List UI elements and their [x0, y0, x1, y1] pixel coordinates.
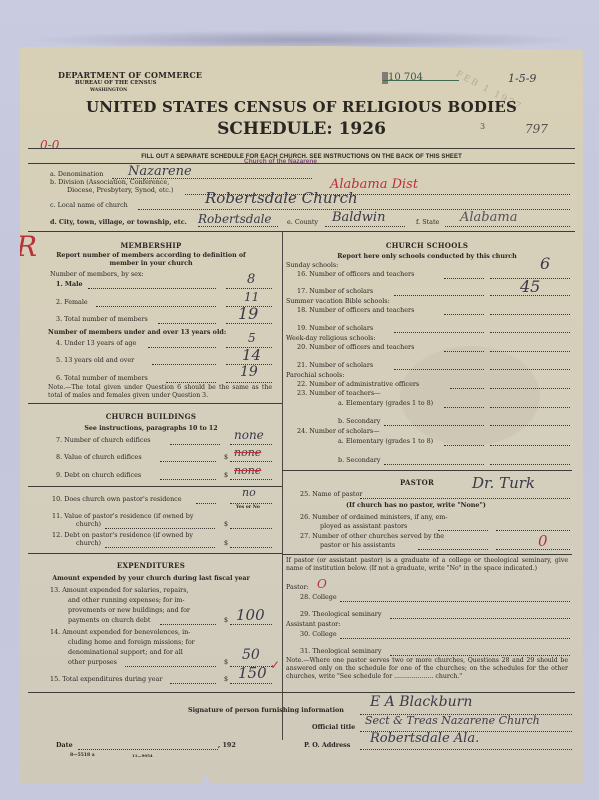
- expenditures-heading: EXPENDITURES: [20, 561, 282, 570]
- q25-note: (If church has no pastor, write "None"): [346, 501, 486, 509]
- q2-value[interactable]: 11: [244, 290, 259, 304]
- department-name: DEPARTMENT OF COMMERCE: [58, 70, 202, 80]
- q6-value[interactable]: 19: [240, 364, 258, 380]
- divider: [28, 553, 282, 554]
- pastor-label: Pastor:: [286, 583, 309, 591]
- age-label: Number of members under and over 13 year…: [48, 328, 226, 336]
- q23a-label: a. Elementary (grades 1 to 8): [338, 399, 433, 407]
- membership-sub-2: member in your church: [20, 260, 282, 267]
- check-mark-icon: ✓: [270, 658, 280, 672]
- q5-label: 5. 13 years old and over: [56, 356, 134, 364]
- q5-value[interactable]: 14: [242, 346, 261, 364]
- county-value[interactable]: Baldwin: [332, 210, 385, 225]
- date-label: Date: [56, 741, 73, 749]
- q12-label-2: church): [76, 539, 101, 547]
- q14-dollar: $: [224, 658, 228, 666]
- q12-label: 12. Debt on pastor's residence (if owned…: [52, 531, 193, 539]
- divider: [28, 231, 575, 232]
- q8-dollar: $: [224, 453, 228, 461]
- q13-label-3: provements or new buildings; and for: [68, 606, 190, 614]
- q13-label: 13. Amount expended for salaries, repair…: [50, 586, 189, 594]
- pastor-circle-mark: O: [317, 577, 327, 591]
- handwritten-date: 1-5-9: [508, 72, 536, 85]
- q16-label: 16. Number of officers and teachers: [297, 270, 414, 278]
- state-value[interactable]: Alabama: [460, 210, 517, 225]
- denomination-value[interactable]: Nazarene: [128, 164, 192, 179]
- county-label: e. County: [287, 218, 318, 226]
- q3-label: 3. Total number of members: [56, 315, 148, 323]
- membership-note: Note.—The total given under Question 6 s…: [48, 384, 272, 400]
- q11-label: 11. Value of pastor's residence (if owne…: [52, 512, 193, 520]
- official-title-value[interactable]: Sect & Treas Nazarene Church: [365, 714, 540, 727]
- q28-label: 28. College: [300, 593, 337, 601]
- q16-value[interactable]: 6: [540, 254, 550, 273]
- q4-value[interactable]: 5: [248, 331, 256, 345]
- local-name-label: c. Local name of church: [50, 201, 128, 209]
- sunday-label: Sunday schools:: [286, 261, 338, 269]
- stamp-number: 10 704: [388, 72, 423, 83]
- local-name-value[interactable]: Robertsdale Church: [205, 189, 358, 207]
- q13-value[interactable]: 100: [236, 606, 265, 624]
- expenditures-sub: Amount expended by your church during la…: [20, 575, 282, 582]
- q27-label: 27. Number of other churches served by t…: [300, 532, 444, 540]
- q21-label: 21. Number of scholars: [297, 361, 373, 369]
- column-divider: [282, 232, 283, 740]
- weekday-label: Week-day religious schools:: [286, 334, 376, 342]
- handwritten-number-3: 3: [480, 122, 485, 131]
- q8-value[interactable]: none: [234, 446, 261, 459]
- membership-heading: MEMBERSHIP: [20, 241, 282, 250]
- divider: [28, 403, 282, 404]
- handwritten-number-797: 797: [525, 122, 548, 136]
- q14-value[interactable]: 50: [242, 647, 260, 663]
- division-label: b. Division (Association, Conference,: [50, 178, 169, 186]
- q9-dollar: $: [224, 471, 228, 479]
- q13-label-2: and other running expenses; for im-: [68, 596, 185, 604]
- po-address-label: P. O. Address: [304, 741, 350, 749]
- bureau-city: WASHINGTON: [90, 88, 127, 93]
- graduate-note: If pastor (or assistant pastor) is a gra…: [286, 557, 568, 573]
- membership-sub: Report number of members according to de…: [20, 252, 282, 259]
- official-title-label: Official title: [312, 723, 355, 731]
- buildings-heading: CHURCH BUILDINGS: [20, 412, 282, 421]
- q24-label: 24. Number of scholars—: [297, 427, 380, 435]
- divider: [282, 554, 572, 555]
- q25-label: 25. Name of pastor: [300, 490, 362, 498]
- signature-value[interactable]: E A Blackburn: [370, 694, 472, 710]
- q13-dollar: $: [224, 616, 228, 624]
- date-year: , 192: [218, 741, 236, 749]
- q31-label: 31. Theological seminary: [300, 647, 381, 655]
- q8-label: 8. Value of church edifices: [56, 453, 142, 461]
- q17-value[interactable]: 45: [520, 277, 540, 296]
- q10-label: 10. Does church own pastor's residence: [52, 495, 182, 503]
- q10-value[interactable]: no: [242, 486, 256, 499]
- schools-heading: CHURCH SCHOOLS: [282, 241, 572, 250]
- paper-stain: [400, 346, 540, 446]
- q14-label-4: other purposes: [68, 658, 117, 666]
- q12-dollar: $: [224, 539, 228, 547]
- by-sex-label: Number of members, by sex:: [50, 270, 144, 278]
- divider: [282, 470, 572, 471]
- q20-label: 20. Number of officers and teachers: [297, 343, 414, 351]
- q1-label: 1. Male: [56, 280, 83, 288]
- pastor-note: Note.—Where one pastor serves two or mor…: [286, 657, 568, 681]
- print-number: 11—9054: [132, 753, 153, 758]
- form-number: 8—5518 a: [70, 753, 95, 758]
- census-schedule-document: DEPARTMENT OF COMMERCE BUREAU OF THE CEN…: [20, 46, 583, 784]
- q11-label-2: church): [76, 520, 101, 528]
- q23-label: 23. Number of teachers—: [297, 389, 381, 397]
- red-code: 0-0: [40, 138, 59, 152]
- q3-value[interactable]: 19: [238, 304, 258, 323]
- city-value[interactable]: Robertsdale: [198, 212, 272, 226]
- q25-value[interactable]: Dr. Turk: [472, 474, 535, 492]
- q6-label: 6. Total number of members: [56, 374, 148, 382]
- signature-label: Signature of person furnishing informati…: [188, 706, 344, 714]
- summer-label: Summer vacation Bible schools:: [286, 297, 390, 305]
- q26-label-2: ployed as assistant pastors: [320, 522, 407, 530]
- q26-label: 26. Number of ordained ministers, if any…: [300, 513, 448, 521]
- q15-dollar: $: [224, 675, 228, 683]
- q23b-label: b. Secondary: [338, 417, 380, 425]
- schools-sub: Report here only schools conducted by th…: [282, 253, 572, 260]
- strikethrough-line: [383, 80, 459, 81]
- q1-value[interactable]: 8: [247, 272, 255, 287]
- q24b-label: b. Secondary: [338, 456, 380, 464]
- q17-label: 17. Number of scholars: [297, 287, 373, 295]
- denomination-stamp: Church of the Nazarene: [244, 158, 317, 165]
- q4-label: 4. Under 13 years of age: [56, 339, 136, 347]
- q27-value[interactable]: 0: [538, 532, 548, 550]
- q15-value[interactable]: 150: [238, 664, 267, 682]
- q22-label: 22. Number of administrative officers: [297, 380, 419, 388]
- q24a-label: a. Elementary (grades 1 to 8): [338, 437, 433, 445]
- po-address-value[interactable]: Robertsdale Ala.: [370, 731, 479, 746]
- q19-label: 19. Number of scholars: [297, 324, 373, 332]
- parochial-label: Parochial schools:: [286, 371, 345, 379]
- q2-label: 2. Female: [56, 298, 88, 306]
- q14-label: 14. Amount expended for benevolences, in…: [50, 628, 190, 636]
- form-title: UNITED STATES CENSUS OF RELIGIOUS BODIES: [20, 98, 583, 116]
- q15-label: 15. Total expenditures during year: [50, 675, 162, 683]
- q7-label: 7. Number of church edifices: [56, 436, 151, 444]
- q7-value[interactable]: none: [234, 428, 264, 442]
- pastor-heading: PASTOR: [400, 478, 434, 487]
- division-label-2: Diocese, Presbytery, Synod, etc.): [67, 186, 173, 194]
- assistant-pastor-label: Assistant pastor:: [286, 620, 340, 628]
- q30-label: 30. College: [300, 630, 337, 638]
- q13-label-4: payments on church debt: [68, 616, 150, 624]
- q14-label-3: denominational support; and for all: [68, 648, 183, 656]
- margin-zero: 0: [590, 536, 597, 549]
- divider: [28, 148, 575, 149]
- q9-label: 9. Debt on church edifices: [56, 471, 141, 479]
- q29-label: 29. Theological seminary: [300, 610, 381, 618]
- state-label: f. State: [416, 218, 439, 226]
- schedule-title: SCHEDULE: 1926: [20, 119, 583, 139]
- q18-label: 18. Number of officers and teachers: [297, 306, 414, 314]
- q14-label-2: cluding home and foreign missions; for: [68, 638, 195, 646]
- q11-dollar: $: [224, 520, 228, 528]
- denomination-label: a. Denomination: [50, 170, 103, 178]
- q9-value[interactable]: none: [234, 464, 261, 477]
- yes-no-hint: Yes or No: [236, 505, 260, 510]
- bureau-name: BUREAU OF THE CENSUS: [75, 80, 157, 86]
- city-label: d. City, town, village, or township, etc…: [50, 218, 187, 226]
- q27-label-2: pastor or his assistants: [320, 541, 395, 549]
- divider: [28, 692, 575, 693]
